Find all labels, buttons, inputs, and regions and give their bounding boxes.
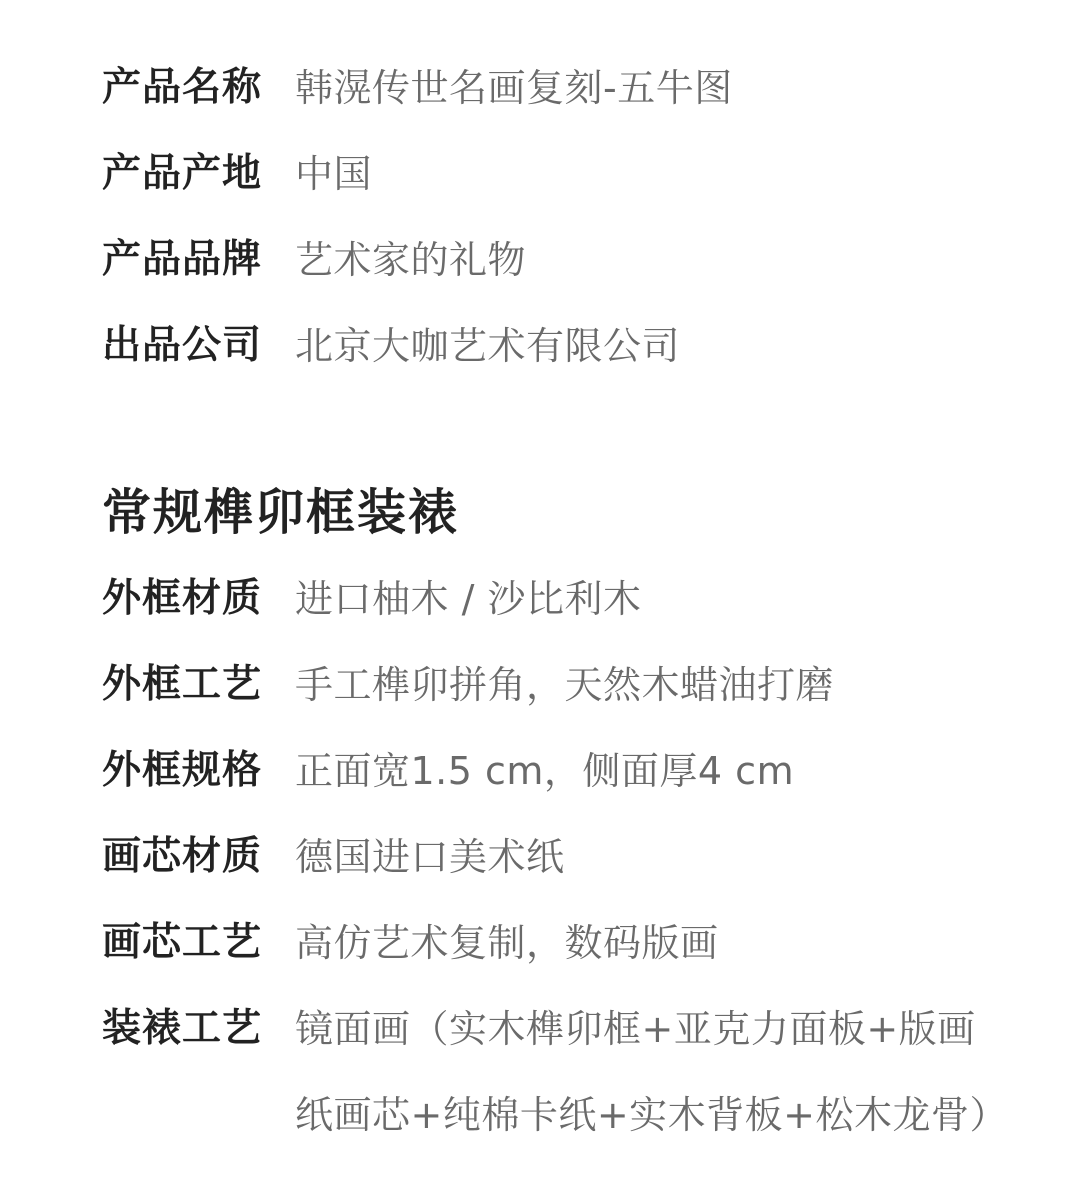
spec-label: 产品品牌 — [102, 217, 295, 303]
spec-label: 画芯工艺 — [102, 900, 295, 986]
spec-value: 手工榫卯拼角，天然木蜡油打磨 — [295, 642, 834, 728]
section-title: 常规榫卯框装裱 — [102, 470, 1002, 556]
spec-row-frame-craft: 外框工艺 手工榫卯拼角，天然木蜡油打磨 — [102, 642, 1002, 728]
product-basic-info: 产品名称 韩滉传世名画复刻-五牛图 产品产地 中国 产品品牌 艺术家的礼物 出品… — [102, 45, 1002, 389]
spec-row-origin: 产品产地 中国 — [102, 131, 1002, 217]
spec-value: 北京大咖艺术有限公司 — [295, 303, 680, 389]
spec-row-canvas-craft: 画芯工艺 高仿艺术复制，数码版画 — [102, 900, 1002, 986]
spec-row-mounting-craft: 装裱工艺 镜面画（实木榫卯框+亚克力面板+版画 纸画芯+纯棉卡纸+实木背板+松木… — [102, 986, 1002, 1158]
spec-label: 外框工艺 — [102, 642, 295, 728]
spec-row-brand: 产品品牌 艺术家的礼物 — [102, 217, 1002, 303]
spec-value: 韩滉传世名画复刻-五牛图 — [295, 45, 733, 131]
spec-value: 艺术家的礼物 — [295, 217, 526, 303]
spec-value: 德国进口美术纸 — [295, 814, 565, 900]
spec-label: 画芯材质 — [102, 814, 295, 900]
spec-row-company: 出品公司 北京大咖艺术有限公司 — [102, 303, 1002, 389]
spec-row-frame-material: 外框材质 进口柚木 / 沙比利木 — [102, 556, 1002, 642]
spec-label: 外框材质 — [102, 556, 295, 642]
spec-row-frame-size: 外框规格 正面宽1.5 cm，侧面厚4 cm — [102, 728, 1002, 814]
spec-label: 产品产地 — [102, 131, 295, 217]
spec-value-line: 镜面画（实木榫卯框+亚克力面板+版画 — [295, 986, 995, 1072]
spec-value: 中国 — [295, 131, 372, 217]
spec-value: 进口柚木 / 沙比利木 — [295, 556, 641, 642]
spec-label: 出品公司 — [102, 303, 295, 389]
spec-value-line: 纸画芯+纯棉卡纸+实木背板+松木龙骨） — [295, 1072, 995, 1158]
spec-label: 外框规格 — [102, 728, 295, 814]
spec-row-canvas-material: 画芯材质 德国进口美术纸 — [102, 814, 1002, 900]
spec-value: 镜面画（实木榫卯框+亚克力面板+版画 纸画芯+纯棉卡纸+实木背板+松木龙骨） — [295, 986, 995, 1158]
spec-value: 高仿艺术复制，数码版画 — [295, 900, 719, 986]
spec-label: 产品名称 — [102, 45, 295, 131]
spec-value: 正面宽1.5 cm，侧面厚4 cm — [295, 728, 794, 814]
spec-row-product-name: 产品名称 韩滉传世名画复刻-五牛图 — [102, 45, 1002, 131]
spec-label: 装裱工艺 — [102, 986, 295, 1072]
frame-mounting-section: 常规榫卯框装裱 外框材质 进口柚木 / 沙比利木 外框工艺 手工榫卯拼角，天然木… — [102, 470, 1002, 1158]
